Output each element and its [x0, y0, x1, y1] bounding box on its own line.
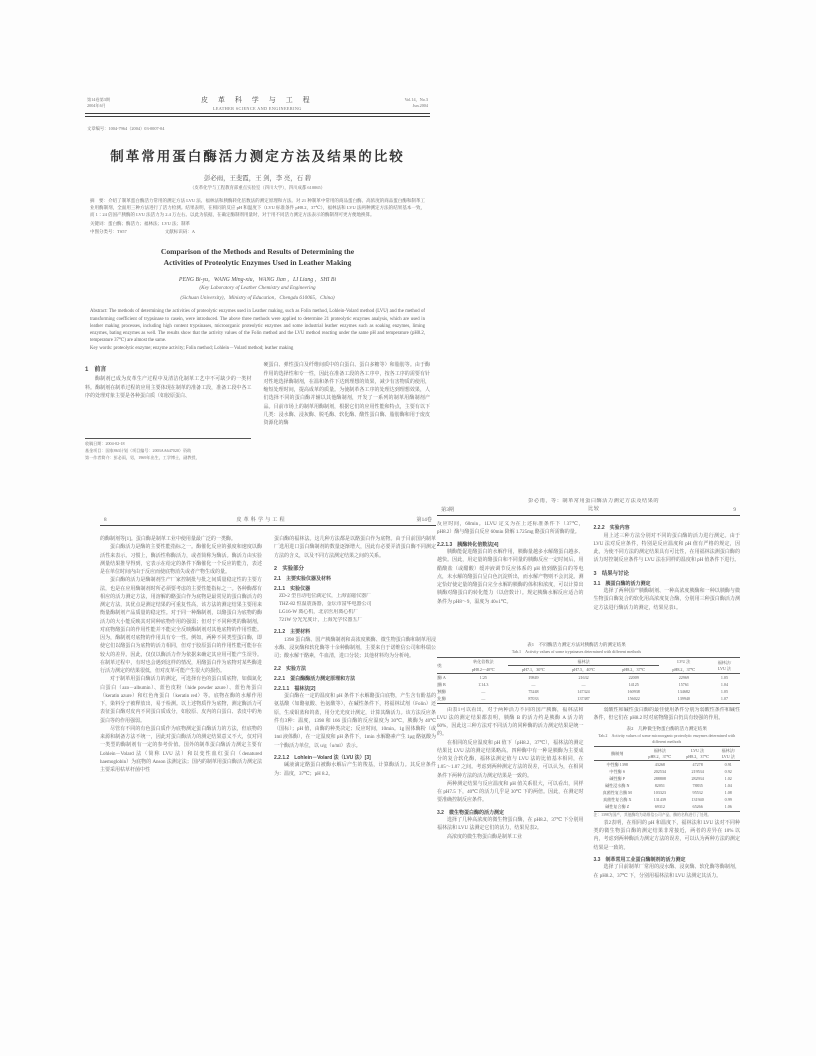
body-paragraph: 选择了几种高浓度的微生物蛋白酶，在 pH8.2、37℃ 下分别用福林法和 LVU… [437, 817, 584, 834]
cell: 1∶14.3 [458, 681, 508, 688]
article-number: 文章编号：1004-7964（2004）03-0007-04 [87, 126, 430, 132]
page-9-header-title-line2: 比较 [588, 506, 599, 512]
clc-number: 中图分类号：TS57 [90, 229, 127, 235]
abstract-en: Abstract: The methods of determining the… [90, 308, 425, 344]
page-8-journal-name: 皮革科学与工程 [236, 516, 286, 523]
page-9-bottom-columns: 由表1可以看出，对于两种活力不同的国产胰酶，福林法和 LVU 法的测定结果都表明… [437, 707, 740, 881]
body-paragraph: 两种测定结果与反应温度和 pH 值关系很大，可以看出，同样在 pH7.5 下，4… [437, 781, 584, 806]
table-1-subhead: pH7.5，40℃ [559, 666, 609, 674]
table-2-caption-cn: 表2 几种微生物蛋白酶的活力测定结果 [594, 726, 741, 732]
body-paragraph: 蛋白酶的福林法。这几种方法都是以酪蛋白作为底物。由于目前国内制革厂选用进口蛋白酶… [274, 536, 436, 561]
cell: 国产胰酶 A [437, 674, 458, 682]
cell: 43268 [641, 760, 679, 768]
table-row: 高浓度胰酶—752481473241609381346821.05 [437, 689, 740, 696]
cell: 1.06 [717, 804, 740, 812]
section-2-2-1-2-heading: 2.2.1.2 Lohlein－Volard 法（LVU 法）[3] [274, 754, 436, 761]
cell: — [458, 689, 508, 696]
body-paragraph: 弱酸性和碱性蛋白酶的最佳使用条件分别为弱酸性条件和碱性条件，但它们在 pH8.2… [594, 707, 741, 724]
section-2-2-heading: 2.2 实验方法 [274, 665, 436, 672]
cell: 碱性酶 P [594, 775, 641, 782]
table-row: 国产胰酶 A1∶25198492163222009229691.05 [437, 674, 740, 682]
page-8: 8 皮革科学与工程 第14卷 的酶制剂等[1]。蛋白酶是制革工业中使用量最广泛的… [100, 516, 436, 908]
section-2-2-2-heading: 2.2.2 实验内容 [594, 524, 741, 531]
cell: 碱性复合酶 Z [594, 804, 641, 812]
body-paragraph: 蛋白酶在一定的温度和 pH 条件下水解酪蛋白底物，产生含有酚基的氨基酸（如酪氨酸… [274, 693, 436, 751]
instrument-item: 721W 分光光度计，上海光学仪器五厂 [274, 617, 436, 625]
table-1-caption-en: Tab.1 Activity values of some trypsinase… [437, 649, 740, 655]
instrument-item: ZD-2 型自动电位滴定仪，上海雷磁仪器厂 [274, 593, 436, 601]
body-paragraph: 表2表明，在相同的 pH 和温度下，福林法和 LVU 法对不同种类的微生物蛋白酶… [594, 820, 741, 853]
body-paragraph: 选择了目前制革厂常用的浸水酶、浸灰酶、软化酶等酶制剂，在 pH8.2、37℃ 下… [594, 864, 741, 881]
cell: 22009 [609, 674, 659, 682]
cell: 95532 [679, 789, 717, 796]
affiliation-en-line2: (Sichuan University)，Ministry of Educati… [85, 295, 430, 303]
intro-left-column: 1 前言 酶制剂已成为皮革生产过程中及清洁化制革工艺中不可缺少的一类材料。酶制剂… [85, 362, 252, 428]
body-paragraph: 对于制革用蛋白酶活力的测定，可选择有色的蛋白质底物，如偶氮化白蛋白（azo－al… [100, 676, 262, 726]
cell: 真菌性复合酶 X [594, 796, 641, 803]
journal-header: 第14卷第3期 2004年6月 皮 革 科 学 与 工 程 LEATHER SC… [85, 95, 430, 113]
table-1-col-enzyme: 酶种类 [437, 658, 458, 674]
table-1-head: 酶种类 转化倍数法 福林法 LVU 法 福林法/ LVU 法 pH8.2～40℃… [437, 658, 740, 674]
section-2-2-1-1-heading: 2.2.1.1 福林法[2] [274, 685, 436, 692]
table-1-col-lvu: LVU 法 [659, 658, 709, 666]
table-2-col-ratio: 福林法/ LVU 法 [717, 747, 740, 761]
journal-volume-issue-en: Vol.14，No.3 Jun.2004 [405, 97, 428, 110]
authors-cn: 彭必雨，王斐霞，王 剑，李 亮，石 碧 [85, 173, 430, 182]
cell: 137387 [559, 696, 609, 704]
cell: 134682 [659, 689, 709, 696]
cell: 0.92 [717, 768, 740, 775]
page-9: 第3期 彭必雨，等：制革常用蛋白酶活力测定方法及结果的 比较 9 反应时间，60… [437, 498, 740, 912]
page-9-number: 9 [733, 507, 736, 513]
cell: 47278 [679, 760, 717, 768]
intro-right-column: 硬蛋白、弹性蛋白及纤维间质中的白蛋白、蛋白多糖等）和脂肪等。由于酶作用的选择性和… [264, 362, 431, 428]
intro-paragraph-left: 酶制剂已成为皮革生产过程中及清洁化制革工艺中不可缺少的一类材料。酶制剂在制革过程… [85, 376, 252, 401]
page-8-left-column: 的酶制剂等[1]。蛋白酶是制革工业中使用量最广泛的一类酶。 蛋白酶活力是酶的主要… [100, 536, 262, 779]
cell: 15761 [659, 681, 709, 688]
date-en: Jun.2004 [405, 103, 428, 109]
body-paragraph: 1398 蛋白酶、国产胰酶制剂和高浓度胰酶、微生物蛋白酶和制革用浸水酶、浸灰酶和… [274, 637, 436, 662]
cell: 75248 [508, 689, 558, 696]
cell: 真菌性复合酶 M [594, 789, 641, 796]
cell: — [559, 681, 609, 688]
section-2-2-1-3-heading: 2.2.1.3 胰酶转化倍数法[4] [437, 541, 584, 548]
cell: 中性酶 S [594, 768, 641, 775]
page-7: 第14卷第3期 2004年6月 皮 革 科 学 与 工 程 LEATHER SC… [85, 95, 430, 513]
table-row: 中性酶 139843268472780.91 [594, 760, 741, 768]
table-row: 国产胰酶 B1∶14.3——14125157611.04 [437, 681, 740, 688]
cell: 复合软化酶 [437, 696, 458, 704]
cell: 131940 [679, 796, 717, 803]
table-row: 复合软化酶—870331373871560221399401.07 [437, 696, 740, 704]
cell: 14125 [609, 681, 659, 688]
table-1-subhead: pH8.2，37℃ [659, 666, 709, 674]
cell: 65266 [679, 804, 717, 812]
section-3-1-heading: 3.1 胰蛋白酶的活力测定 [594, 580, 741, 587]
date-cn: 2004年6月 [87, 103, 110, 109]
cell: 0.99 [717, 796, 740, 803]
table-2-col-ratio-line2: LVU 法 [718, 754, 739, 760]
article-title-en-line2: Activities of Proteolytic Enzymes Used i… [85, 257, 430, 268]
header-double-rule [85, 113, 430, 117]
scanned-journal-document: 第14卷第3期 2004年6月 皮 革 科 学 与 工 程 LEATHER SC… [0, 0, 816, 1056]
cell: 78835 [679, 782, 717, 789]
english-block: Comparison of the Methods and Results of… [85, 246, 430, 352]
table-2-head: 酶制剂 福林法 pH8.2，37℃ LVU 法 pH8.2，37℃ 福林法/ [594, 747, 741, 761]
table-row: 中性酶 S2025342195340.92 [594, 768, 741, 775]
page-8-columns: 的酶制剂等[1]。蛋白酶是制革工业中使用量最广泛的一类酶。 蛋白酶活力是酶的主要… [100, 536, 436, 779]
cell: 21632 [559, 674, 609, 682]
document-code: 文献标识码：A [165, 229, 195, 235]
table-row: 碱性浸水酶 N82051788351.04 [594, 782, 741, 789]
page-9-header-title: 彭必雨，等：制革常用蛋白酶活力测定方法及结果的 比较 [528, 498, 659, 513]
table-2-col-folin: 福林法 pH8.2，37℃ [641, 747, 679, 761]
body-paragraph: 蛋白酶的活力是酶制剂生产厂家控制批与批之间质量稳定性的主要方法，也是在应用酶制剂… [100, 577, 262, 676]
affiliation-en-line1: (Key Laboratory of Leather Chemistry and… [85, 285, 430, 293]
section-3-2-heading: 3.2 微生物蛋白酶的活力测定 [437, 809, 584, 816]
cell: — [508, 681, 558, 688]
page-9-top-columns: 反应时间，60min。1LVU 定义为在上述标准条件下（37℃，pH8.2）酶与… [437, 521, 740, 639]
cell: 139940 [659, 696, 709, 704]
table-1-subhead: pH8.2～40℃ [458, 666, 508, 674]
instrument-item: LG16-W 离心机，北京医用离心机厂 [274, 609, 436, 617]
intro-paragraph-right: 硬蛋白、弹性蛋白及纤维间质中的白蛋白、蛋白多糖等）和脂肪等。由于酶作用的选择性和… [264, 362, 431, 428]
table-1-body: 国产胰酶 A1∶25198492163222009229691.05 国产胰酶 … [437, 674, 740, 703]
intro-columns: 1 前言 酶制剂已成为皮革生产过程中及清洁化制革工艺中不可缺少的一类材料。酶制剂… [85, 362, 430, 428]
journal-name-cn: 皮 革 科 学 与 工 程 [201, 95, 314, 105]
instrument-item: THZ-82 恒温震荡器，金坛市富华电器公司 [274, 601, 436, 609]
affiliation-cn: （皮革化学与工程教育部重点实验室（四川大学），四川成都 610065） [85, 185, 430, 191]
page-9-top-right-column: 2.2.2 实验内容 用上述三种方法分别对不同的蛋白酶的活力进行测定。由于 LV… [594, 521, 741, 639]
body-paragraph: 由表1可以看出，对于两种活力不同的国产胰酶，福林法和 LVU 法的测定结果都表明… [437, 707, 584, 740]
table-1-col-conversion: 转化倍数法 [458, 658, 508, 666]
cell: 19849 [508, 674, 558, 682]
cell: 1∶25 [458, 674, 508, 682]
page-9-header-title-line1: 彭必雨，等：制革常用蛋白酶活力测定方法及结果的 [528, 498, 659, 504]
cell: 156022 [609, 696, 659, 704]
journal-volume-issue-cn: 第14卷第3期 2004年6月 [87, 97, 110, 110]
body-paragraph: 的酶制剂等[1]。蛋白酶是制革工业中使用量最广泛的一类酶。 [100, 536, 262, 544]
cell: 282934 [679, 775, 717, 782]
table-1-col-ratio: 福林法/ LVU 法 [709, 658, 740, 674]
body-paragraph: 选择了两种国产胰酶制剂、一种高浓度胰酶和一种以胰酶与微生物蛋白酶复合的软化用高浓… [594, 588, 741, 613]
page-9-running-header: 第3期 彭必雨，等：制革常用蛋白酶活力测定方法及结果的 比较 9 [437, 498, 740, 516]
page-8-running-header: 8 皮革科学与工程 第14卷 [100, 516, 436, 526]
page-8-right-column: 蛋白酶的福林法。这几种方法都是以酪蛋白作为底物。由于目前国内制革厂选用进口蛋白酶… [274, 536, 436, 779]
authors-en: PENG Bi-yu，WANG Ming-xiu，WANG Jian ，LI L… [85, 274, 430, 283]
table-row: 真菌性复合酶 X1314391319400.99 [594, 796, 741, 803]
table-2-caption-en: Tab.2 Activity values of some microorgan… [594, 733, 741, 744]
body-paragraph: 高浓度的微生物蛋白酶是制革工业 [437, 834, 584, 842]
cell: 219534 [679, 768, 717, 775]
cell: 高浓度胰酶 [437, 689, 458, 696]
cell: 103323 [641, 789, 679, 796]
table-2-note: 注：1398为国产，其他酶均为诺维信公司产品，酶的名称进行了处理。 [594, 813, 741, 818]
table-row: 碱性酶 P2888082829341.02 [594, 775, 741, 782]
first-page-footnote: 收稿日期：2004-02-18 基金项目：国家863计划（项目编号：2003AA… [85, 438, 251, 461]
cell: — [458, 696, 508, 704]
cell: 87033 [508, 696, 558, 704]
article-title-cn: 制革常用蛋白酶活力测定方法及结果的比较 [85, 145, 430, 165]
cell: 202534 [641, 768, 679, 775]
body-paragraph: 蛋白酶活力是酶的主要性能指标之一。酶催化反应的强度和速度以酶活性来表示。习惯上，… [100, 544, 262, 577]
page-9-top-left-column: 反应时间，60min。1LVU 定义为在上述标准条件下（37℃，pH8.2）酶与… [437, 521, 584, 639]
cell: 131439 [641, 796, 679, 803]
section-2-heading: 2 实验部分 [274, 564, 436, 572]
table-1-subhead: pH7.1，30℃ [508, 666, 558, 674]
journal-name-en: LEATHER SCIENCE AND ENGINEERING [201, 106, 314, 111]
table-1: 酶种类 转化倍数法 福林法 LVU 法 福林法/ LVU 法 pH8.2～40℃… [437, 657, 740, 704]
journal-name-block: 皮 革 科 学 与 工 程 LEATHER SCIENCE AND ENGINE… [201, 95, 314, 111]
cell: 1.02 [717, 775, 740, 782]
section-1-heading: 1 前言 [85, 364, 252, 373]
cell: 国产胰酶 B [437, 681, 458, 688]
table-row: 碱性复合酶 Z69312652661.06 [594, 804, 741, 812]
cell: 0.91 [717, 760, 740, 768]
table-2-col-folin-line2: pH8.2，37℃ [642, 754, 678, 760]
section-3-3-heading: 3.3 制革常用工业蛋白酶制剂的活力测定 [594, 856, 741, 863]
cell: 22969 [659, 674, 709, 682]
table-1-block: 表1 不同酶活力测定方法对胰酶活力的测定结果 Tab.1 Activity va… [437, 642, 740, 704]
page-9-bottom-left-column: 由表1可以看出，对于两种活力不同的国产胰酶，福林法和 LVU 法的测定结果都表明… [437, 707, 584, 881]
section-2-1-heading: 2.1 主要实验仪器及材料 [274, 575, 436, 582]
cell: 1.05 [709, 674, 740, 682]
keywords-cn: 关键词：蛋白酶；酶活力；福林法；LVU 法；制革 [90, 221, 425, 227]
table-1-caption-cn: 表1 不同酶活力测定方法对胰酶活力的测定结果 [437, 642, 740, 648]
keywords-en: Key words: proteolytic enzyme; enzyme ac… [90, 345, 425, 352]
cell: 160938 [609, 689, 659, 696]
table-2-col-lvu-line2: pH8.2，37℃ [680, 754, 716, 760]
body-paragraph: 碱液滴定酪蛋白被酶水解后产生的羧基，计算酶活力。其反应条件为：温度，37℃；pH… [274, 762, 436, 779]
cell: 147324 [559, 689, 609, 696]
cell: 1.07 [709, 696, 740, 704]
cell: 碱性浸水酶 N [594, 782, 641, 789]
section-3-heading: 3 结果与讨论 [594, 569, 741, 577]
cell: 中性酶 1398 [594, 760, 641, 768]
article-title-en-line1: Comparison of the Methods and Results of… [85, 246, 430, 257]
first-author-bio: 第一作者简介：彭必雨，男，1969年出生，工学博士，副教授， [85, 455, 251, 462]
table-2-col-lvu: LVU 法 pH8.2，37℃ [679, 747, 717, 761]
body-paragraph: 反应时间，60min。1LVU 定义为在上述标准条件下（37℃，pH8.2）酶与… [437, 521, 584, 538]
body-paragraph: 胰酶能促进酪蛋白的水解作用，胰酶量越多水解酪蛋白越多、越快。因此，用定量的酪蛋白… [437, 549, 584, 607]
section-2-2-1-heading: 2.2.1 蛋白酶酶活力测定原理和方法 [274, 675, 436, 682]
cell: 1.04 [709, 681, 740, 688]
page-9-bottom-right-column: 弱酸性和碱性蛋白酶的最佳使用条件分别为弱酸性条件和碱性条件，但它们在 pH8.2… [594, 707, 741, 881]
table-2-col-enzyme: 酶制剂 [594, 747, 641, 761]
body-paragraph: 用上述三种方法分别对不同的蛋白酶的活力进行测定。由于 LVU 法对反应条件，特别… [594, 533, 741, 566]
page-9-issue: 第3期 [441, 506, 454, 513]
table-row: 真菌性复合酶 M103323955321.08 [594, 789, 741, 796]
table-1-col-folin-group: 福林法 [508, 658, 658, 666]
body-paragraph: 尽管有不同的有色蛋白质作为底物测定蛋白酶活力的方法，但底物的来源和制备方法不统一… [100, 726, 262, 776]
cell: 1.04 [717, 782, 740, 789]
body-paragraph: 在相同的反应温度和 pH 值下（pH8.2，37℃），福林法的测定结果比 LVU… [437, 740, 584, 781]
section-2-1-2-heading: 2.1.2 主要材料 [274, 628, 436, 635]
classification-line: 中图分类号：TS57 文献标识码：A [90, 229, 425, 235]
cell: 82051 [641, 782, 679, 789]
section-2-1-1-heading: 2.1.1 实验仪器 [274, 585, 436, 592]
table-2: 酶制剂 福林法 pH8.2，37℃ LVU 法 pH8.2，37℃ 福林法/ [594, 746, 741, 811]
cell: 1.05 [709, 689, 740, 696]
page-8-volume: 第14卷 [416, 516, 432, 523]
cell: 69312 [641, 804, 679, 812]
cell: 288808 [641, 775, 679, 782]
page-8-number: 8 [104, 517, 107, 523]
table-1-col-ratio-line2: LVU 法 [710, 666, 739, 672]
table-2-body: 中性酶 139843268472780.91 中性酶 S202534219534… [594, 760, 741, 811]
cell: 1.08 [717, 789, 740, 796]
table-1-subhead: pH8.2，37℃ [609, 666, 659, 674]
abstract-cn: 摘 要：介绍了制革蛋白酶活力常用的测定方法 LVU 法、福林法和胰酶转化倍数法的… [90, 198, 425, 219]
